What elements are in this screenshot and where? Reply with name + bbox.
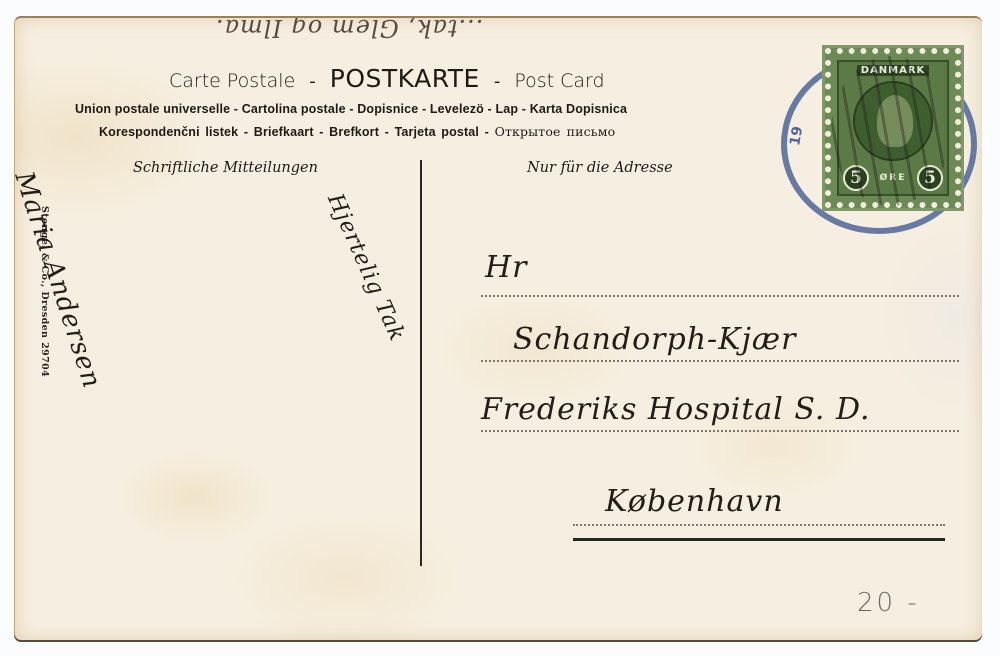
address-city-underline [573,538,945,541]
postcard-scan: ...tak, Glem og Ilma. Carte Postale - PO… [0,0,1000,656]
title-english: Post Card [514,70,604,92]
stamp-area: 19 DANMARK 5 ØRE 5 [775,40,982,250]
address-line-1 [481,295,959,297]
multilingual-subtitle-2: Korespondenčni listek - Briefkaart - Bre… [99,124,615,139]
address-street: Frederiks Hospital S. D. [481,392,870,427]
address-city: København [605,484,784,519]
address-line-3 [481,430,959,432]
postcard-title: Carte Postale - POSTKARTE - Post Card [169,64,669,93]
stamp-country: DANMARK [857,65,930,76]
title-french: Carte Postale [169,70,295,92]
title-german: POSTKARTE [330,64,480,93]
subtitle-cyrillic: Открытое письмо [495,124,616,139]
stamp-value-right: 5 [917,165,943,191]
king-portrait-icon [853,81,933,161]
stamp-value-row: 5 ØRE 5 [843,165,943,191]
subtitle-latin: Korespondenčni listek - Briefkaart - Bre… [99,125,495,139]
address-section-label: Nur für die Adresse [527,160,673,176]
stamp-design: DANMARK 5 ØRE 5 [837,60,949,196]
inverted-handwriting: ...tak, Glem og Ilma. [215,16,483,42]
message-fragment: Hjertelig Tak [322,190,409,345]
address-name: Schandorph-Kjær [513,322,796,357]
title-separator: - [309,71,316,92]
postmark-date: 19 [787,125,806,147]
address-line-4 [573,524,945,526]
multilingual-subtitle-1: Union postale universelle - Cartolina po… [75,102,627,116]
stamp-currency: ØRE [880,173,907,183]
postcard-back: ...tak, Glem og Ilma. Carte Postale - PO… [14,16,982,640]
stamp-value-left: 5 [843,165,869,191]
address-salutation: Hr [485,250,528,285]
address-line-2 [481,360,959,362]
message-section-label: Schriftliche Mitteilungen [133,160,318,176]
title-separator: - [494,71,501,92]
pencil-price: 20 - [857,588,920,618]
message-signature: Maria Andersen [14,168,107,392]
center-divider [420,160,422,566]
postage-stamp: DANMARK 5 ØRE 5 [825,48,961,208]
